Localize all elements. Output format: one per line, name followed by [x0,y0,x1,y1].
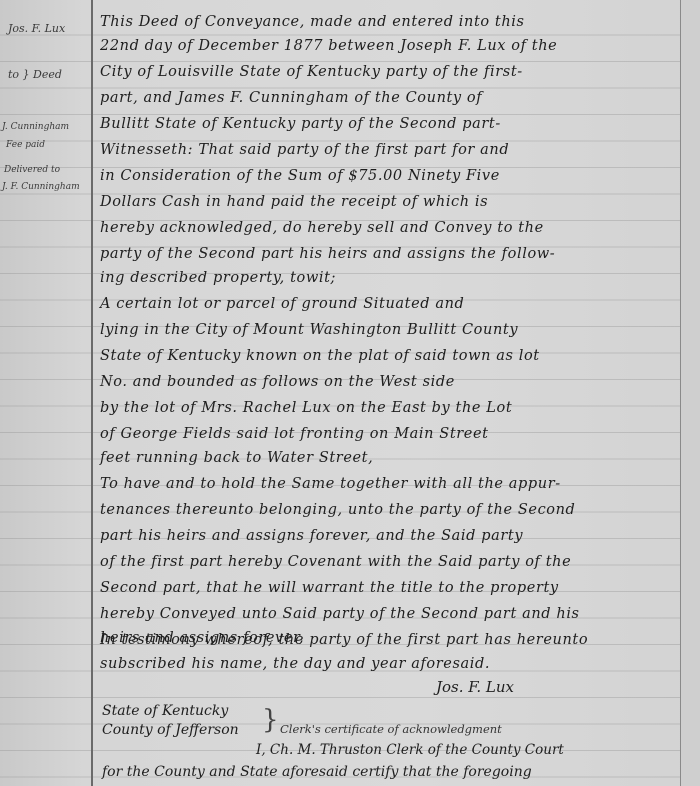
deed-line: of the first part hereby Covenant with t… [100,554,571,570]
deed-line: No. and bounded as follows on the West s… [100,374,455,390]
page-edge [681,0,700,786]
margin-delivered-to: J. F. Cunningham [2,182,80,192]
deed-line: Second part, that he will warrant the ti… [100,580,559,596]
brace: } [262,707,279,733]
deed-line: of George Fields said lot fronting on Ma… [100,426,489,442]
deed-line: in Consideration of the Sum of $75.00 Ni… [100,168,500,184]
deed-line: ing described property, towit; [100,270,336,286]
signature: Jos. F. Lux [436,678,514,696]
deed-line: This Deed of Conveyance, made and entere… [100,14,525,30]
margin-grantor: Jos. F. Lux [8,22,65,35]
deed-line: hereby Conveyed unto Said party of the S… [100,606,580,622]
deed-line: party of the Second part his heirs and a… [100,246,555,262]
testimony-line-2: subscribed his name, the day and year af… [100,656,490,672]
margin-grantee: J. Cunningham [2,122,69,132]
deed-line: lying in the City of Mount Washington Bu… [100,322,518,338]
deed-line: feet running back to Water Street, [100,450,373,466]
margin-fee: Fee paid [6,140,45,150]
deed-line: Witnesseth: That said party of the first… [100,142,509,158]
deed-line: To have and to hold the Same together wi… [100,476,561,492]
deed-line: 22nd day of December 1877 between Joseph… [100,38,557,54]
testimony-line-1: In testimony whereof, the party of the f… [100,632,588,648]
deed-line: Bullitt State of Kentucky party of the S… [100,116,501,132]
certificate-line-2: for the County and State aforesaid certi… [102,764,532,780]
deed-line: part his heirs and assigns forever, and … [100,528,523,544]
deed-line: hereby acknowledged, do hereby sell and … [100,220,544,236]
ledger-page: Jos. F. Lux to } Deed J. Cunningham Fee … [0,0,700,786]
margin-rule [91,0,93,786]
margin-delivered: Delivered to [4,165,60,175]
certificate-line-1: I, Ch. M. Thruston Clerk of the County C… [256,742,564,758]
deed-line: City of Louisville State of Kentucky par… [100,64,523,80]
deed-line: tenances thereunto belonging, unto the p… [100,502,575,518]
certificate-state: State of Kentucky [102,703,228,719]
certificate-heading: Clerk's certificate of acknowledgment [280,722,502,736]
deed-line: State of Kentucky known on the plat of s… [100,348,540,364]
deed-line: by the lot of Mrs. Rachel Lux on the Eas… [100,400,512,416]
margin-deed: to } Deed [8,68,62,81]
certificate-county: County of Jefferson [102,722,239,738]
deed-line: Dollars Cash in hand paid the receipt of… [100,194,488,210]
deed-line: A certain lot or parcel of ground Situat… [100,296,464,312]
deed-line: part, and James F. Cunningham of the Cou… [100,90,482,106]
